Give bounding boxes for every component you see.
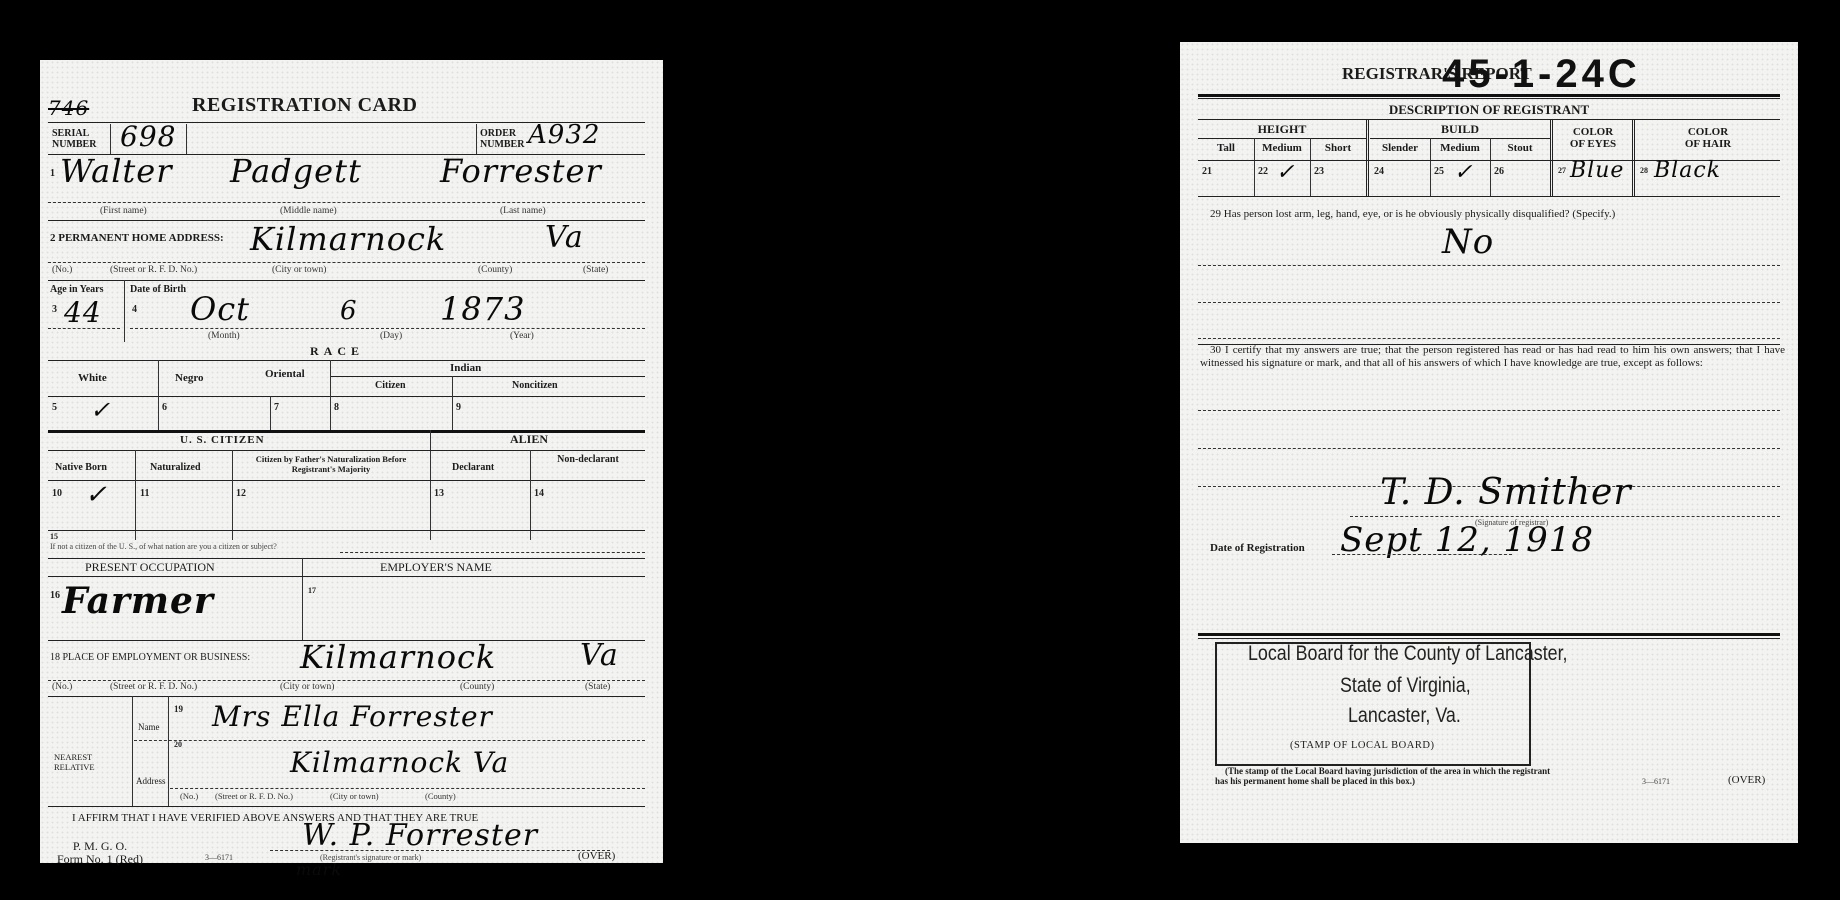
serial-number-value: 698 bbox=[120, 120, 176, 153]
question-29: 29 Has person lost arm, leg, hand, eye, … bbox=[1200, 208, 1785, 220]
home-address-city: Kilmarnock bbox=[250, 220, 446, 258]
stamp-caption: (STAMP OF LOCAL BOARD) bbox=[1290, 740, 1434, 751]
native-born-mark: ✓ bbox=[85, 480, 108, 510]
nearest-relative-name: Mrs Ella Forrester bbox=[212, 700, 493, 733]
form-number: P. M. G. O.Form No. 1 (Red) bbox=[40, 840, 160, 866]
registration-date-label: Date of Registration bbox=[1210, 542, 1305, 554]
description-heading: DESCRIPTION OF REGISTRANT bbox=[1180, 102, 1798, 118]
middle-name: Padgett bbox=[230, 152, 362, 190]
registration-card-front: 746 REGISTRATION CARD SERIALNUMBER 698 O… bbox=[40, 60, 663, 863]
birth-day: 6 bbox=[340, 296, 358, 326]
serial-number-label: SERIALNUMBER bbox=[52, 128, 96, 150]
build-medium-mark: ✓ bbox=[1454, 160, 1473, 185]
registrar-signature: T. D. Smither bbox=[1380, 472, 1632, 513]
stamped-code: 45-1-24C bbox=[1442, 52, 1641, 97]
question-30: 30 I certify that my answers are true; t… bbox=[1200, 344, 1785, 369]
order-number-value: A932 bbox=[528, 120, 600, 150]
age-value: 44 bbox=[64, 296, 102, 329]
hair-color-value: Black bbox=[1654, 158, 1721, 183]
nearest-relative-label: NEARESTRELATIVE bbox=[54, 752, 95, 772]
registrant-signature: W. P. Forrester bbox=[302, 818, 538, 853]
signature-mark-note: mark bbox=[296, 860, 342, 879]
question-29-answer: No bbox=[1442, 222, 1494, 262]
corner-note: 746 bbox=[48, 96, 89, 120]
home-address-label: 2 PERMANENT HOME ADDRESS: bbox=[50, 232, 224, 244]
height-medium-mark: ✓ bbox=[1276, 160, 1295, 185]
order-number-label: ORDERNUMBER bbox=[480, 128, 524, 150]
stamp-footnote: (The stamp of the Local Board having jur… bbox=[1215, 766, 1555, 786]
stamp-line-1: Local Board for the County of Lancaster, bbox=[1248, 642, 1568, 666]
nearest-relative-address: Kilmarnock Va bbox=[290, 746, 509, 779]
birth-year: 1873 bbox=[440, 290, 525, 328]
eye-color-value: Blue bbox=[1570, 158, 1624, 183]
stamp-line-3: Lancaster, Va. bbox=[1348, 704, 1461, 728]
first-name: Walter bbox=[60, 152, 173, 190]
employment-state: Va bbox=[580, 638, 619, 673]
home-address-state: Va bbox=[545, 220, 584, 255]
occupation-value: Farmer bbox=[62, 580, 214, 622]
race-heading: RACE bbox=[310, 344, 364, 359]
birth-month: Oct bbox=[190, 290, 250, 328]
race-white-mark: ✓ bbox=[90, 396, 111, 424]
hair-color-heading: COLOROF HAIR bbox=[1636, 126, 1780, 150]
last-name: Forrester bbox=[440, 152, 602, 190]
employment-city: Kilmarnock bbox=[300, 638, 496, 676]
alien-heading: ALIEN bbox=[510, 432, 548, 447]
eye-color-heading: COLOROF EYES bbox=[1554, 126, 1632, 150]
registrars-report-back: REGISTRAR'S REPORT 45-1-24C DESCRIPTION … bbox=[1180, 42, 1798, 843]
stamp-line-2: State of Virginia, bbox=[1340, 674, 1471, 698]
card-title: REGISTRATION CARD bbox=[192, 94, 417, 117]
us-citizen-heading: U. S. CITIZEN bbox=[180, 434, 265, 446]
